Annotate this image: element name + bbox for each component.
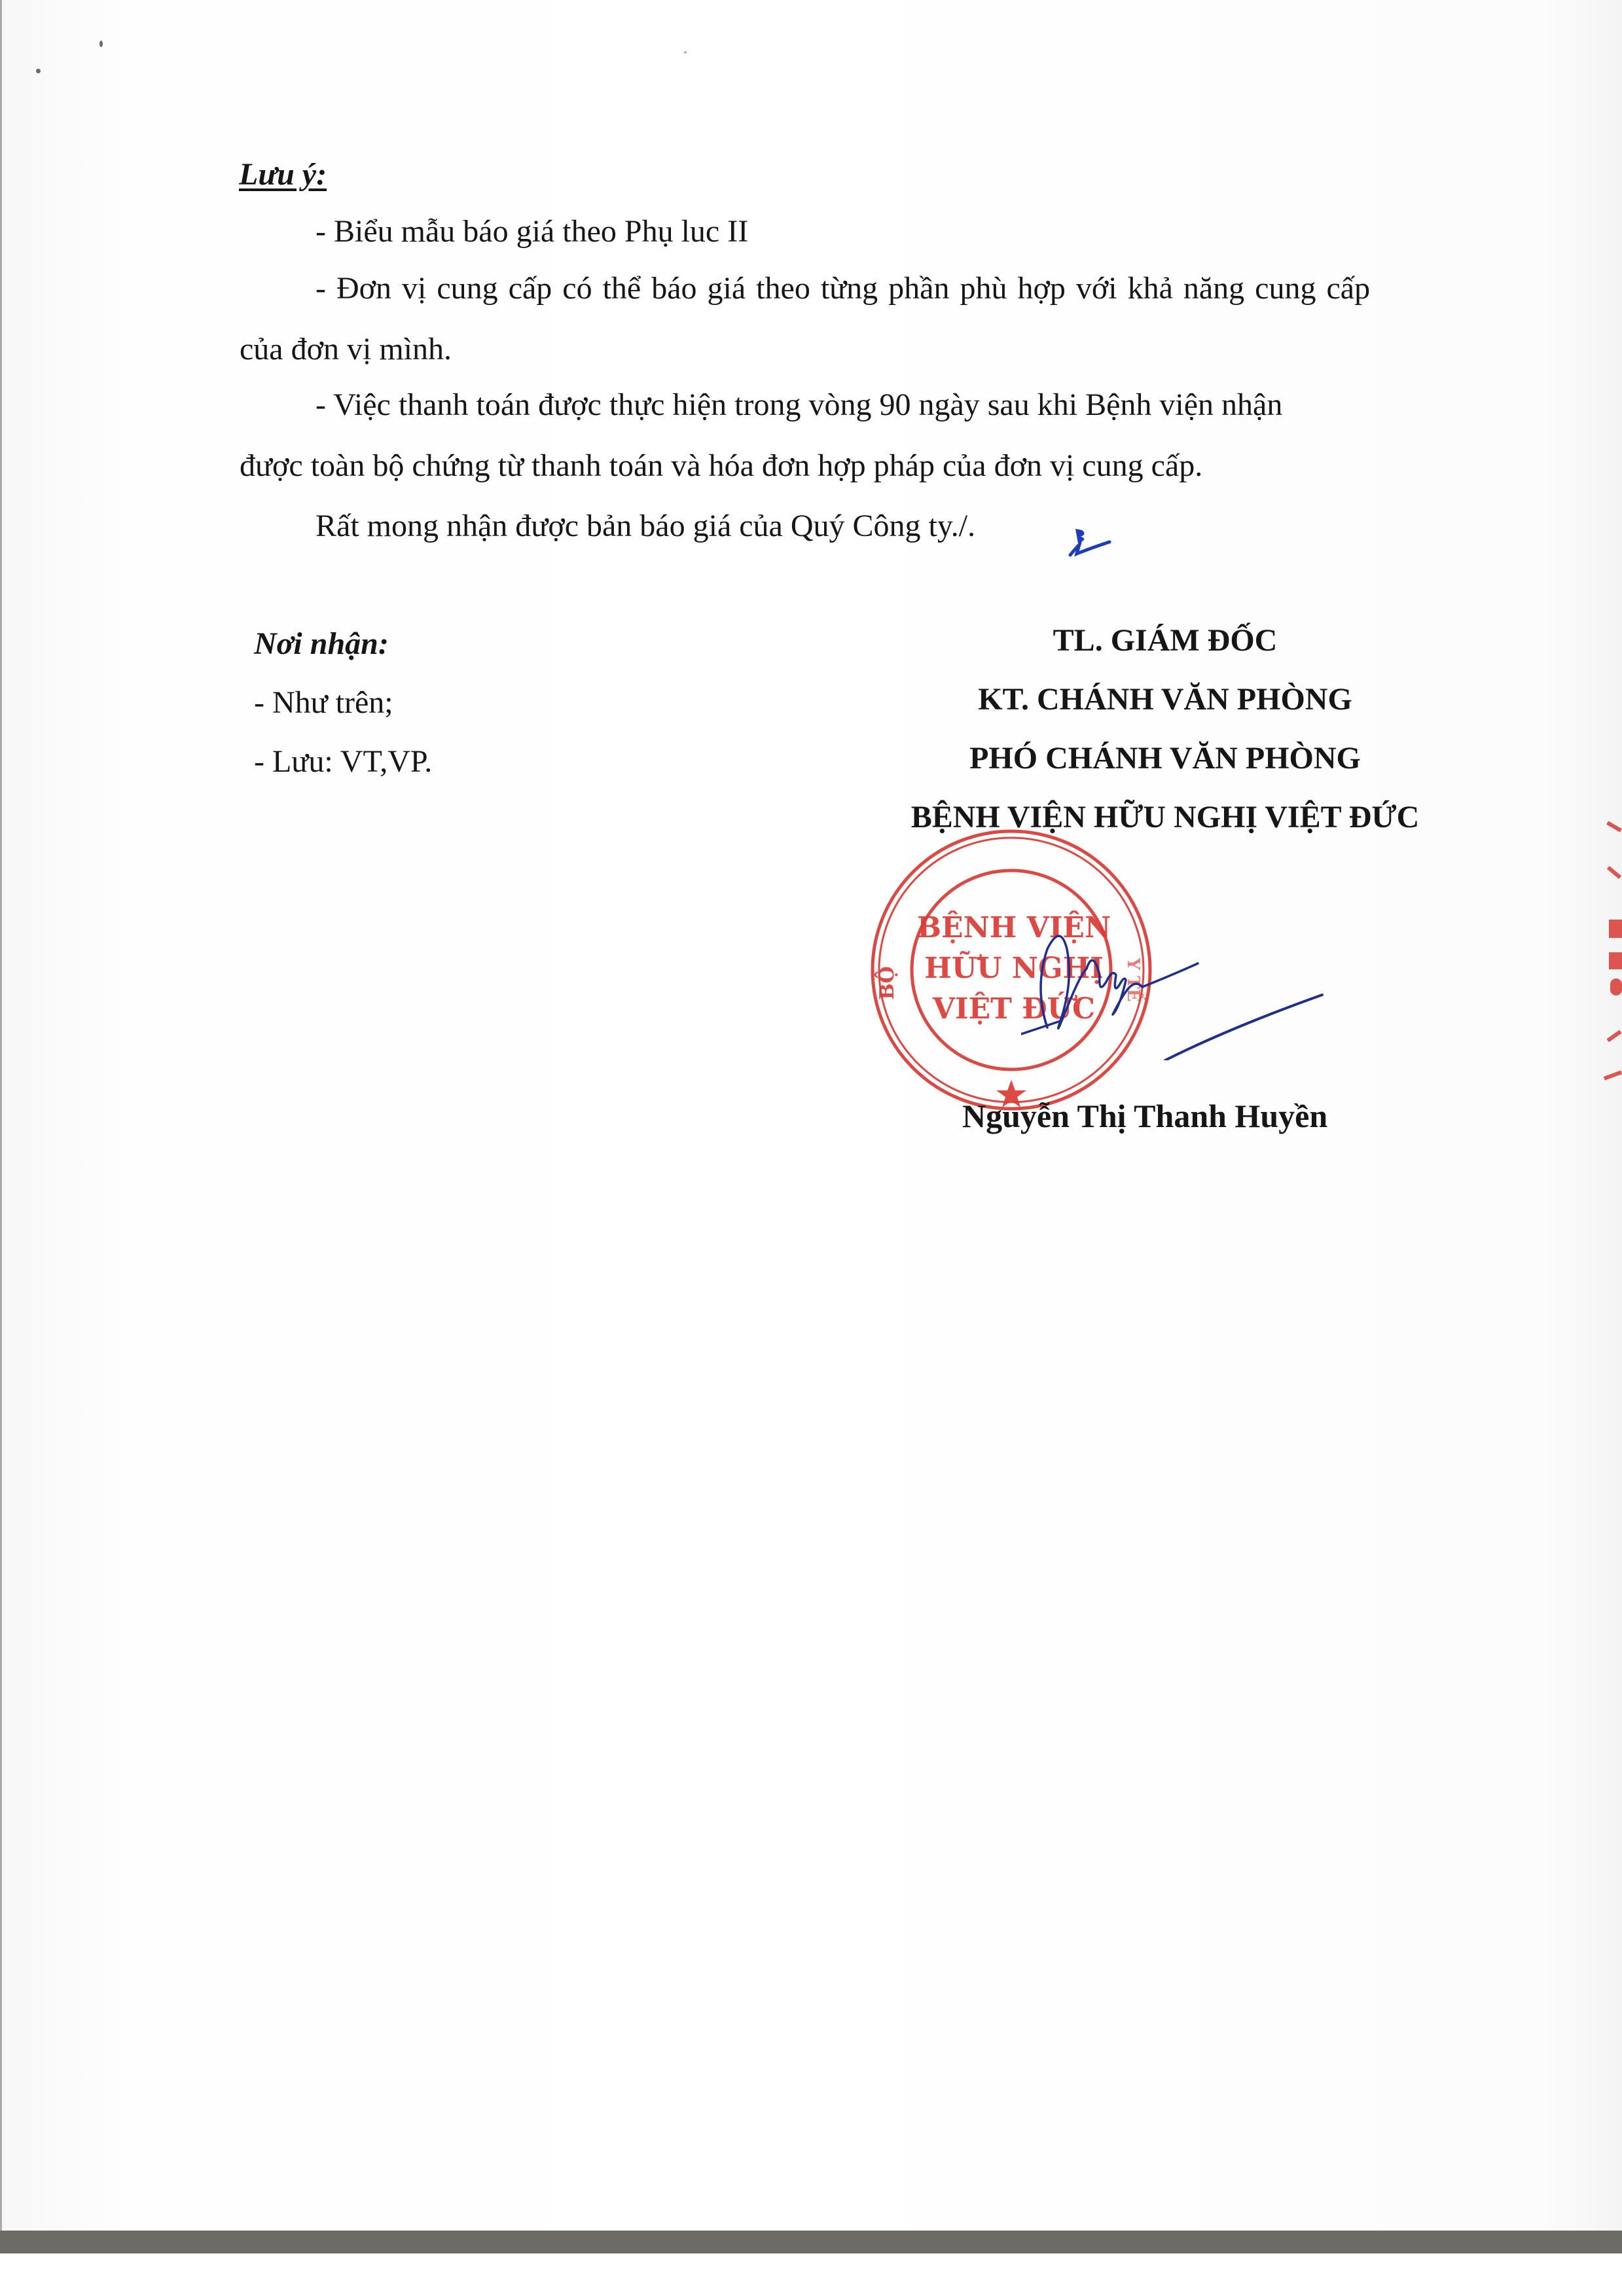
scan-speck xyxy=(684,51,687,54)
signature-title: TL. GIÁM ĐỐC xyxy=(851,625,1479,656)
stamp-ring-text: BỘ xyxy=(874,966,899,1000)
signer-name: Nguyễn Thị Thanh Huyền xyxy=(962,1100,1327,1132)
note-item: được toàn bộ chứng từ thanh toán và hóa … xyxy=(240,450,1202,482)
note-item: của đơn vị mình. xyxy=(240,334,452,365)
recipient-item: - Như trên; xyxy=(254,687,393,719)
note-item: - Biểu mẫu báo giá theo Phụ luc II xyxy=(315,216,748,247)
recipient-item: - Lưu: VT,VP. xyxy=(254,746,432,778)
scan-edge xyxy=(0,0,2,2231)
initials-mark-icon xyxy=(1064,524,1113,563)
closing-line: Rất mong nhận được bản báo giá của Quý C… xyxy=(315,511,975,542)
scan-bottom-margin xyxy=(0,2253,1622,2296)
scan-speck xyxy=(99,41,103,47)
edge-seal-icon xyxy=(1597,812,1622,1086)
handwritten-signature-icon xyxy=(1021,910,1329,1060)
recipients-title: Nơi nhận: xyxy=(254,628,389,660)
signature-title: KT. CHÁNH VĂN PHÒNG xyxy=(851,684,1479,715)
note-item: - Việc thanh toán được thực hiện trong v… xyxy=(315,389,1282,421)
note-item: - Đơn vị cung cấp có thể báo giá theo từ… xyxy=(315,273,1370,304)
signature-title: PHÓ CHÁNH VĂN PHÒNG xyxy=(851,743,1479,774)
scan-bottom-bar xyxy=(0,2231,1622,2253)
scan-speck xyxy=(36,69,41,73)
notes-title: Lưu ý: xyxy=(239,159,327,190)
